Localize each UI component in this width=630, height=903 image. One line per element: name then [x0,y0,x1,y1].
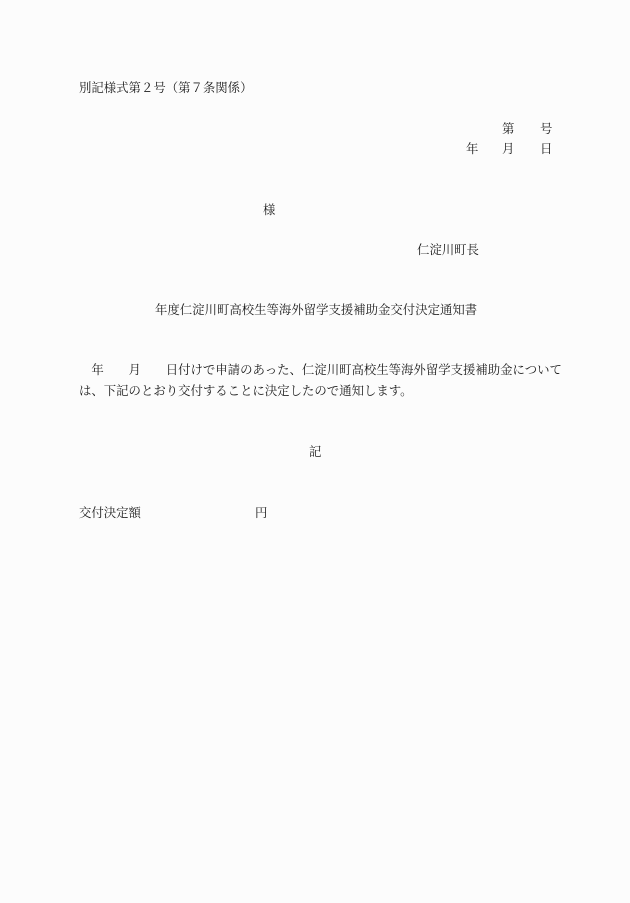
date-month-label: 月 [502,143,514,155]
ki-heading: 記 [309,446,321,458]
amount-label: 交付決定額 [79,507,141,519]
document-number-prefix: 第 [502,123,514,135]
date-year-label: 年 [466,143,478,155]
document-number-suffix: 号 [540,123,552,135]
date-day-label: 日 [540,143,552,155]
body-text-line-2: は、下記のとおり交付することに決定したので通知します。 [79,385,413,397]
amount-unit: 円 [255,507,267,519]
document-page: 別記様式第２号（第７条関係） 第 号 年 月 日 様 仁淀川町長 年度仁淀川町高… [0,0,630,903]
body-text-line-1: 年 月 日付けで申請のあった、仁淀川町高校生等海外留学支援補助金について [79,364,562,376]
sender-name: 仁淀川町長 [417,244,479,256]
addressee-honorific: 様 [263,204,275,216]
form-number: 別記様式第２号（第７条関係） [79,82,252,94]
document-title: 年度仁淀川町高校生等海外留学支援補助金交付決定通知書 [155,304,477,316]
